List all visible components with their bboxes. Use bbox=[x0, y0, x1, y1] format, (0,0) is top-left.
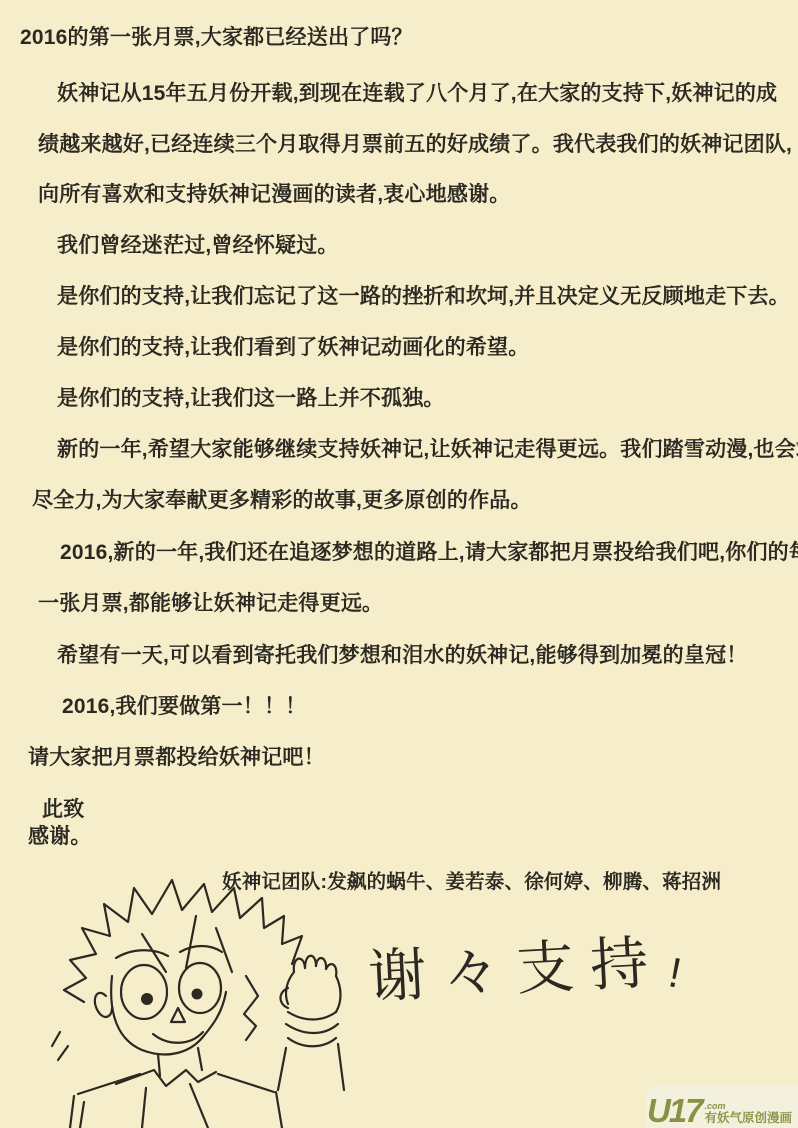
letter-line: 希望有一天,可以看到寄托我们梦想和泪水的妖神记,能够得到加冕的皇冠！ bbox=[57, 639, 747, 669]
u17-logo-tagline: 有妖气原创漫画 bbox=[704, 1112, 792, 1125]
letter-title-line: 2016的第一张月票,大家都已经送出了吗？ bbox=[20, 21, 413, 51]
letter-line: 是你们的支持,让我们看到了妖神记动画化的希望。 bbox=[57, 331, 529, 361]
waving-character-sketch bbox=[50, 872, 350, 1128]
letter-line: 我们曾经迷茫过,曾经怀疑过。 bbox=[57, 229, 339, 259]
letter-line: 绩越来越好,已经连续三个月取得月票前五的好成绩了。我代表我们的妖神记团队, bbox=[38, 128, 792, 158]
letter-line: 2016,我们要做第一！！！ bbox=[62, 690, 306, 720]
handwritten-exclamation: ! bbox=[665, 948, 686, 997]
letter-line: 是你们的支持,让我们忘记了这一路的挫折和坎坷,并且决定义无反顾地走下去。 bbox=[57, 280, 790, 310]
letter-line: 请大家把月票都投给妖神记吧！ bbox=[28, 741, 325, 771]
u17-logo-right: .com 有妖气原创漫画 bbox=[704, 1102, 792, 1125]
comic-letter-page: 2016的第一张月票,大家都已经送出了吗？ 妖神记从15年五月份开载,到现在连载… bbox=[0, 0, 798, 1128]
u17-logo: U17 .com 有妖气原创漫画 bbox=[647, 1097, 792, 1124]
letter-line: 2016,新的一年,我们还在追逐梦想的道路上,请大家都把月票投给我们吧,你们的每 bbox=[60, 536, 798, 566]
letter-line: 向所有喜欢和支持妖神记漫画的读者,衷心地感谢。 bbox=[38, 178, 510, 208]
letter-line: 新的一年,希望大家能够继续支持妖神记,让妖神记走得更远。我们踏雪动漫,也会竭 bbox=[57, 433, 798, 463]
letter-line: 尽全力,为大家奉献更多精彩的故事,更多原创的作品。 bbox=[32, 484, 532, 514]
u17-logo-text: U17 bbox=[647, 1097, 702, 1124]
handwritten-thanks: 谢々支持! bbox=[366, 914, 684, 1014]
letter-line: 是你们的支持,让我们这一路上并不孤独。 bbox=[57, 382, 445, 412]
letter-line: 妖神记从15年五月份开载,到现在连载了八个月了,在大家的支持下,妖神记的成 bbox=[57, 77, 777, 107]
letter-line: 一张月票,都能够让妖神记走得更远。 bbox=[38, 587, 383, 617]
letter-closing-thanks: 感谢。 bbox=[28, 820, 92, 850]
handwritten-thanks-text: 谢々支持 bbox=[367, 930, 666, 1010]
u17-logo-com: .com bbox=[704, 1102, 725, 1111]
letter-closing-cizhi: 此致 bbox=[42, 793, 84, 823]
